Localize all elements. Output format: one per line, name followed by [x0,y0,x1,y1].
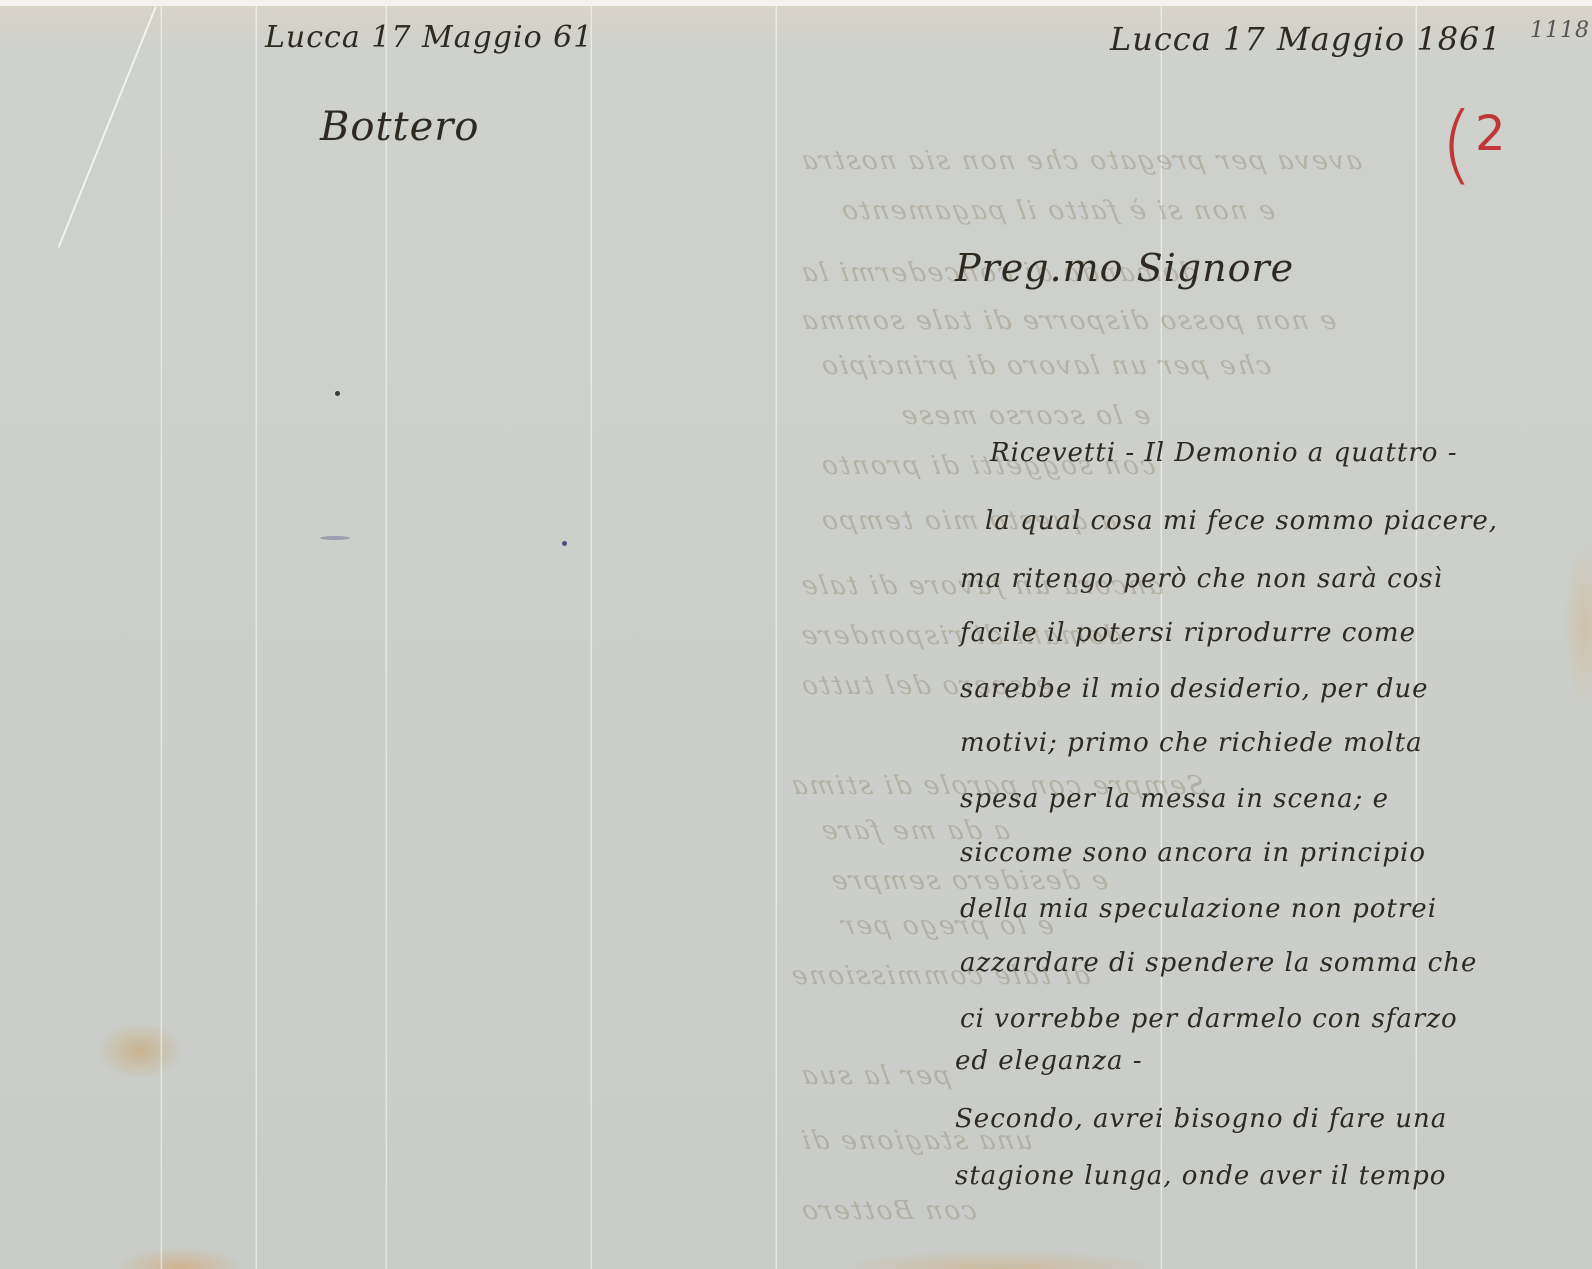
letter-line: sarebbe il mio desiderio, per due [960,674,1429,704]
paper-fold [255,6,258,1269]
docket-signature: Bottero [320,104,480,150]
letter-line: siccome sono ancora in principio [960,838,1426,868]
bleed-through-line: e desidero sempre [827,866,1110,896]
archive-number: 1118 [1530,18,1590,43]
bleed-through-line: e lo scorso mese [897,401,1152,431]
letter-line: Ricevetti - Il Demonio a quattro - [990,438,1458,468]
bleed-through-line: con Bottero [797,1196,979,1226]
dateline: Lucca 17 Maggio 1861 [1110,20,1502,58]
letter-line: ed eleganza - [955,1046,1143,1076]
ink-dot [562,541,567,546]
salutation: Preg.mo Signore [955,246,1294,290]
ink-dot [335,391,340,396]
bleed-through-line: che per un lavoro di principio [817,351,1273,381]
bleed-through-line: aveva per pregato che non sia nostra [797,146,1364,176]
ink-smudge [320,536,350,540]
letter-line: azzardare di spendere la somma che [960,948,1477,978]
letter-line: ma ritengo però che non sarà così [960,564,1443,594]
archival-number: 2 [1475,106,1506,162]
archival-paren: ( [1440,94,1474,194]
paper-fold [385,6,388,1269]
bleed-through-line: e non si è fatto il pagamento [837,196,1277,226]
letter-line: motivi; primo che richiede molta [960,728,1423,758]
letter-line: stagione lunga, onde aver il tempo [955,1161,1446,1191]
letter-line: la qual cosa mi fece sommo piacere, [985,506,1498,536]
letter-line: della mia speculazione non potrei [960,894,1437,924]
paper-fold [160,6,163,1269]
paper-fold [590,6,593,1269]
bleed-through-line: e non posso disporre di tale somma [797,306,1338,336]
letter-line: Secondo, avrei bisogno di fare una [955,1104,1447,1134]
paper-crease [58,6,157,248]
letter-sheet: Lucca 17 Maggio 61 Bottero Lucca 17 Magg… [0,6,1592,1269]
letter-line: ci vorrebbe per darmelo con sfarzo [960,1004,1458,1034]
bleed-through-line: per la sua [797,1061,953,1091]
letter-line: spesa per la messa in scena; e [960,784,1389,814]
paper-fold [775,6,778,1269]
docket-place-date: Lucca 17 Maggio 61 [265,20,593,55]
letter-line: facile il potersi riprodurre come [960,618,1416,648]
